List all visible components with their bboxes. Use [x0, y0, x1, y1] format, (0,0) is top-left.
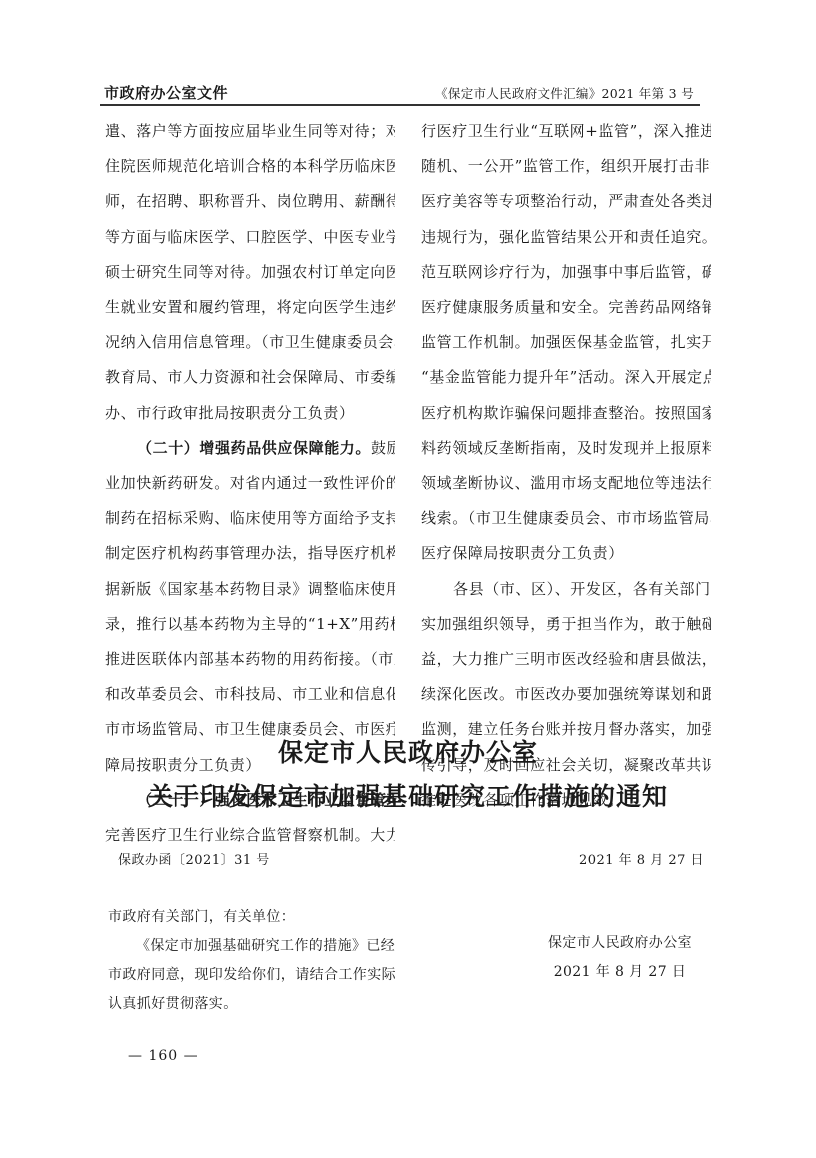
salutation: 市政府有关部门，有关单位：: [108, 903, 408, 932]
document-date: 2021 年 8 月 27 日: [579, 849, 704, 868]
text-line: 益，大力推广三明市医改经验和唐县做法，持: [421, 642, 711, 677]
paragraph-section-21-continued: 行医疗卫生行业“互联网+监管”，深入推进“双 随机、一公开”监管工作，组织开展打…: [421, 114, 711, 572]
text-run: 鼓励企: [371, 439, 395, 457]
text-line: 领域垄断协议、滥用市场支配地位等违法行为: [421, 466, 711, 501]
signature-organization: 保定市人民政府办公室: [500, 932, 740, 952]
text-line: （二十）增强药品供应保障能力。鼓励企: [105, 431, 395, 466]
signature-date: 2021 年 8 月 27 日: [500, 961, 740, 981]
text-line: 市政府同意，现印发给你们，请结合工作实际: [108, 961, 408, 990]
text-line: 生就业安置和履约管理，将定向医学生违约情: [105, 290, 395, 325]
paragraph-continued: 遣、落户等方面按应届毕业生同等对待；对经 住院医师规范化培训合格的本科学历临床医…: [105, 114, 395, 431]
text-line: 随机、一公开”监管工作，组织开展打击非法: [421, 149, 711, 184]
text-line: 办、市行政审批局按职责分工负责）: [105, 396, 395, 431]
text-line: 等方面与临床医学、口腔医学、中医专业学位: [105, 220, 395, 255]
text-line: 住院医师规范化培训合格的本科学历临床医: [105, 149, 395, 184]
text-line: 完善医疗卫生行业综合监管督察机制。大力推: [105, 818, 395, 853]
text-line: 教育局、市人力资源和社会保障局、市委编委: [105, 360, 395, 395]
text-line: 和改革委员会、市科技局、市工业和信息化局、: [105, 677, 395, 712]
text-line: 推进医联体内部基本药物的用药衔接。（市发展: [105, 642, 395, 677]
notice-title-line-2: 关于印发保定市加强基础研究工作措施的通知: [0, 777, 816, 813]
text-line: 监管工作机制。加强医保基金监管，扎实开展: [421, 325, 711, 360]
section-20-heading: （二十）增强药品供应保障能力。: [137, 439, 371, 457]
text-line: 认真抓好贯彻落实。: [108, 990, 408, 1019]
text-line: 遣、落户等方面按应届毕业生同等对待；对经: [105, 114, 395, 149]
text-line: 录，推行以基本药物为主导的“1+X”用药模式，: [105, 607, 395, 642]
text-line: 医疗健康服务质量和安全。完善药品网络销售: [421, 290, 711, 325]
text-line: 硕士研究生同等对待。加强农村订单定向医学: [105, 255, 395, 290]
text-line: 实加强组织领导，勇于担当作为，敢于触碰利: [421, 607, 711, 642]
page-number: — 160 —: [128, 1048, 199, 1064]
text-line: 制药在招标采购、临床使用等方面给予支持。: [105, 501, 395, 536]
text-line: 医疗美容等专项整治行动，严肃查处各类违法: [421, 184, 711, 219]
text-line: 范互联网诊疗行为，加强事中事后监管，确保: [421, 255, 711, 290]
document-number: 保政办函〔2021〕31 号: [118, 849, 270, 868]
text-line: 制定医疗机构药事管理办法，指导医疗机构根: [105, 536, 395, 571]
text-line: 医疗保障局按职责分工负责）: [421, 536, 711, 571]
notice-body: 市政府有关部门，有关单位： 《保定市加强基础研究工作的措施》已经 市政府同意，现…: [108, 903, 408, 1019]
text-line: 况纳入信用信息管理。（市卫生健康委员会、市: [105, 325, 395, 360]
text-line: 行医疗卫生行业“互联网+监管”，深入推进“双: [421, 114, 711, 149]
text-line: 各县（市、区）、开发区，各有关部门要切: [421, 572, 711, 607]
text-line: “基金监管能力提升年”活动。深入开展定点: [421, 360, 711, 395]
paragraph-section-20: （二十）增强药品供应保障能力。鼓励企 业加快新药研发。对省内通过一致性评价的仿 …: [105, 431, 395, 783]
text-line: 据新版《国家基本药物目录》调整临床使用目: [105, 572, 395, 607]
header-section-label: 市政府办公室文件: [104, 82, 228, 103]
text-line: 料药领域反垄断指南，及时发现并上报原料药: [421, 431, 711, 466]
text-line: 线索。（市卫生健康委员会、市市场监管局、市: [421, 501, 711, 536]
right-column: 行医疗卫生行业“互联网+监管”，深入推进“双 随机、一公开”监管工作，组织开展打…: [421, 114, 711, 818]
notice-title-line-1: 保定市人民政府办公室: [0, 733, 816, 769]
header-publication-label: 《保定市人民政府文件汇编》2021 年第 3 号: [435, 84, 694, 102]
running-header: 市政府办公室文件 《保定市人民政府文件汇编》2021 年第 3 号: [100, 80, 700, 106]
text-line: 续深化医改。市医改办要加强统筹谋划和跟踪: [421, 677, 711, 712]
text-line: 《保定市加强基础研究工作的措施》已经: [108, 932, 408, 961]
text-line: 业加快新药研发。对省内通过一致性评价的仿: [105, 466, 395, 501]
text-line: 师，在招聘、职称晋升、岗位聘用、薪酬待遇: [105, 184, 395, 219]
text-line: 违规行为，强化监管结果公开和责任追究。规: [421, 220, 711, 255]
text-line: 医疗机构欺诈骗保问题排查整治。按照国家原: [421, 396, 711, 431]
